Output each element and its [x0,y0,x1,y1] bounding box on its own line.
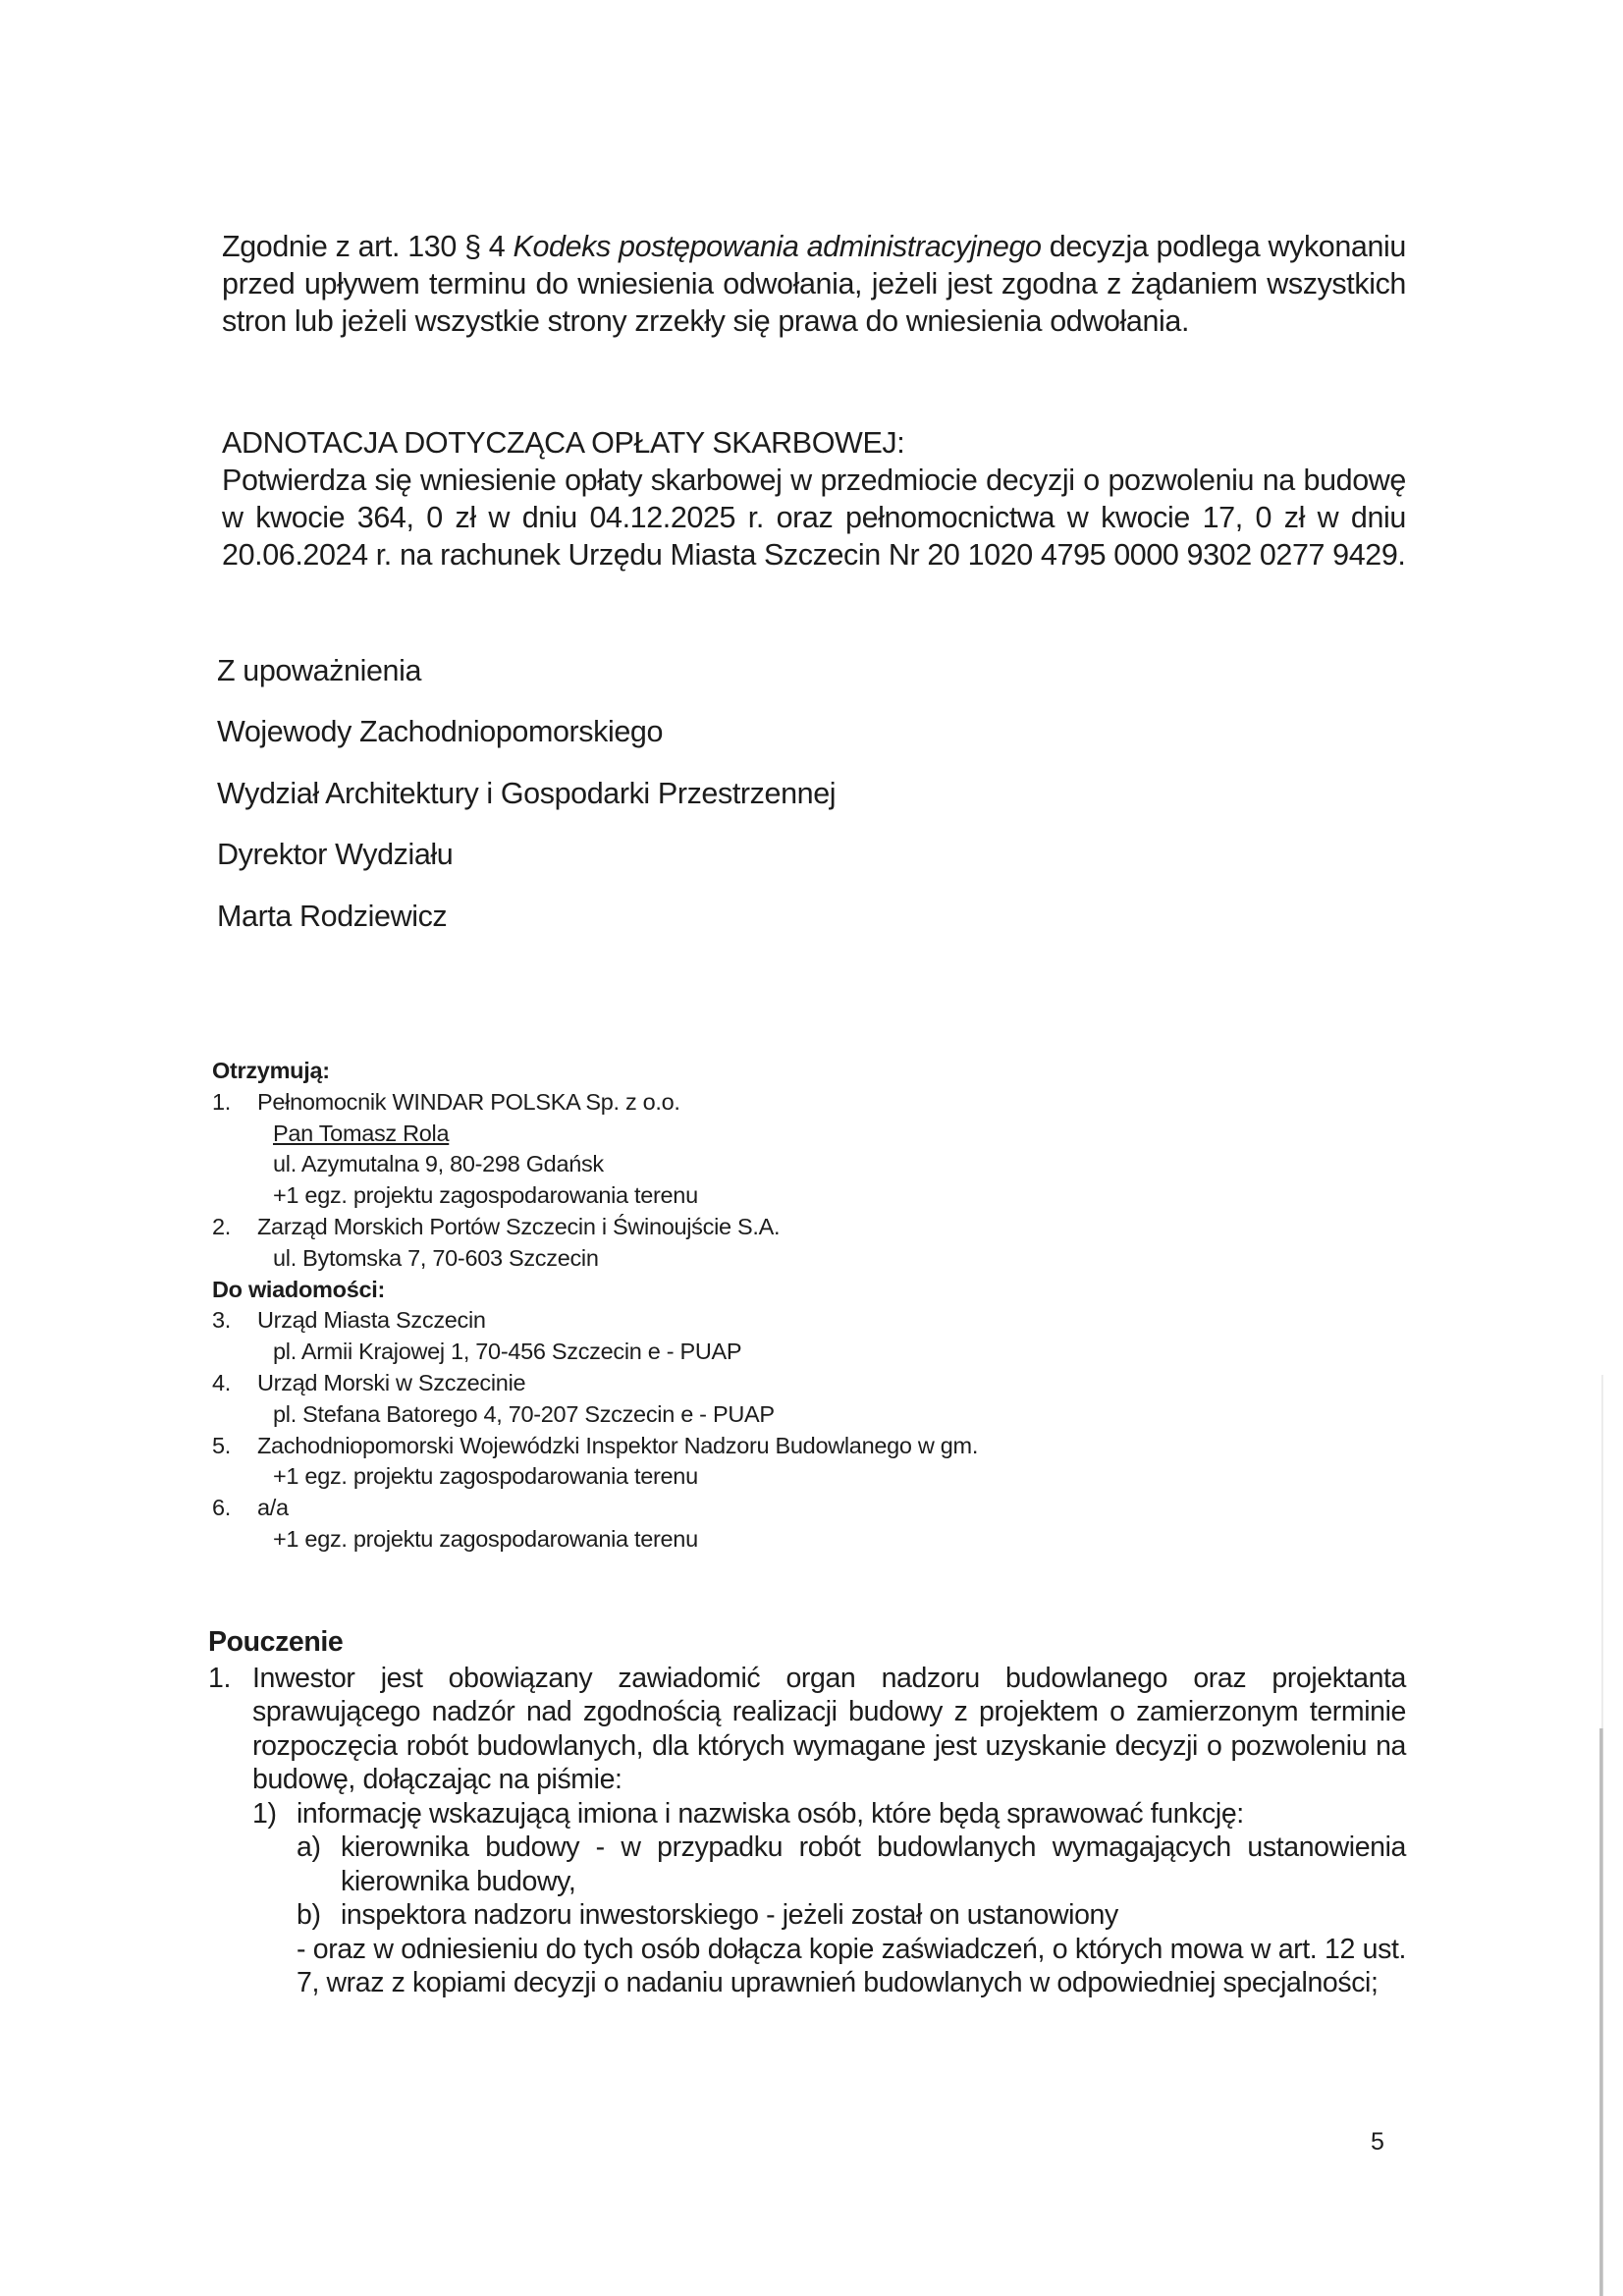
document-page: Zgodnie z art. 130 § 4 Kodeks postępowan… [0,0,1623,2296]
for-information-heading: Do wiadomości: [212,1275,1194,1306]
recipient-number: 2. [212,1212,231,1243]
instruction-text: Inwestor jest obowiązany zawiadomić orga… [252,1662,1406,1797]
signature-department: Wydział Architektury i Gospodarki Przest… [217,776,836,811]
fee-annotation-title: ADNOTACJA DOTYCZĄCA OPŁATY SKARBOWEJ: [222,424,1406,462]
recipient-address: pl. Armii Krajowej 1, 70-456 Szczecin e … [257,1337,1194,1368]
recipients-heading: Otrzymują: [212,1056,1194,1087]
recipients-list: Otrzymują: 1. Pełnomocnik WINDAR POLSKA … [212,1056,1194,1556]
instruction-subitem: 1) informację wskazującą imiona i nazwis… [252,1797,1406,2000]
recipient-address: pl. Stefana Batorego 4, 70-207 Szczecin … [257,1399,1194,1431]
signature-authorization: Z upoważnienia [217,653,421,688]
recipient-contact-person: Pan Tomasz Rola [257,1119,1194,1150]
subitem-letter-a: a) kierownika budowy - w przypadku robót… [297,1831,1406,1898]
recipient-address: ul. Bytomska 7, 70-603 Szczecin [257,1243,1194,1275]
letter-text: kierownika budowy - w przypadku robót bu… [341,1831,1406,1898]
recipient-item: 2. Zarząd Morskich Portów Szczecin i Świ… [212,1212,1194,1275]
paragraph-art-130: Zgodnie z art. 130 § 4 Kodeks postępowan… [222,228,1406,340]
letter-text: inspektora nadzoru inwestorskiego - jeże… [341,1898,1406,1933]
recipient-line: Zarząd Morskich Portów Szczecin i Świnou… [257,1212,1194,1243]
recipient-line: Zachodniopomorski Wojewódzki Inspektor N… [257,1431,1194,1462]
subitem-text: informację wskazującą imiona i nazwiska … [252,1797,1406,1831]
recipient-item: 6. a/a +1 egz. projektu zagospodarowania… [212,1493,1194,1556]
fee-annotation-body: Potwierdza się wniesienie opłaty skarbow… [222,462,1406,574]
signature-voivode: Wojewody Zachodniopomorskiego [217,714,663,749]
recipient-attachment: +1 egz. projektu zagospodarowania terenu [257,1524,1194,1556]
fee-annotation: ADNOTACJA DOTYCZĄCA OPŁATY SKARBOWEJ: Po… [222,424,1406,574]
recipient-number: 6. [212,1493,231,1524]
recipient-item: 1. Pełnomocnik WINDAR POLSKA Sp. z o.o. … [212,1087,1194,1212]
instruction-number: 1. [208,1662,231,1696]
recipient-line: Urząd Morski w Szczecinie [257,1368,1194,1399]
recipient-number: 4. [212,1368,231,1399]
recipient-line: Urząd Miasta Szczecin [257,1305,1194,1337]
scan-edge-shadow [1601,1375,1603,1728]
recipient-item: 3. Urząd Miasta Szczecin pl. Armii Krajo… [212,1305,1194,1368]
recipient-number: 5. [212,1431,231,1462]
code-name-italic: Kodeks postępowania administracyjnego [514,230,1042,263]
subitem-letter-b: b) inspektora nadzoru inwestorskiego - j… [297,1898,1406,1933]
recipient-item: 5. Zachodniopomorski Wojewódzki Inspekto… [212,1431,1194,1494]
instruction-heading: Pouczenie [208,1625,1406,1660]
recipient-attachment: +1 egz. projektu zagospodarowania terenu [257,1180,1194,1212]
signature-title: Dyrektor Wydziału [217,837,453,872]
recipient-line: Pełnomocnik WINDAR POLSKA Sp. z o.o. [257,1087,1194,1119]
scan-edge-line [1599,1728,1603,2296]
recipient-item: 4. Urząd Morski w Szczecinie pl. Stefana… [212,1368,1194,1431]
recipient-line: a/a [257,1493,1194,1524]
signature-name: Marta Rodziewicz [217,899,447,934]
subitem-number: 1) [252,1797,277,1831]
letter-label: b) [297,1898,321,1933]
letter-label: a) [297,1831,321,1865]
recipient-number: 3. [212,1305,231,1337]
recipient-attachment: +1 egz. projektu zagospodarowania terenu [257,1461,1194,1493]
instruction-item: 1. Inwestor jest obowiązany zawiadomić o… [208,1662,1406,2000]
recipient-address: ul. Azymutalna 9, 80-298 Gdańsk [257,1149,1194,1180]
subitem-tail-text: - oraz w odniesieniu do tych osób dołącz… [297,1933,1406,2000]
art130-prefix: Zgodnie z art. 130 § 4 [222,230,514,263]
page-number: 5 [1371,2127,1384,2157]
recipient-number: 1. [212,1087,231,1119]
instruction-section: Pouczenie 1. Inwestor jest obowiązany za… [208,1625,1406,2000]
